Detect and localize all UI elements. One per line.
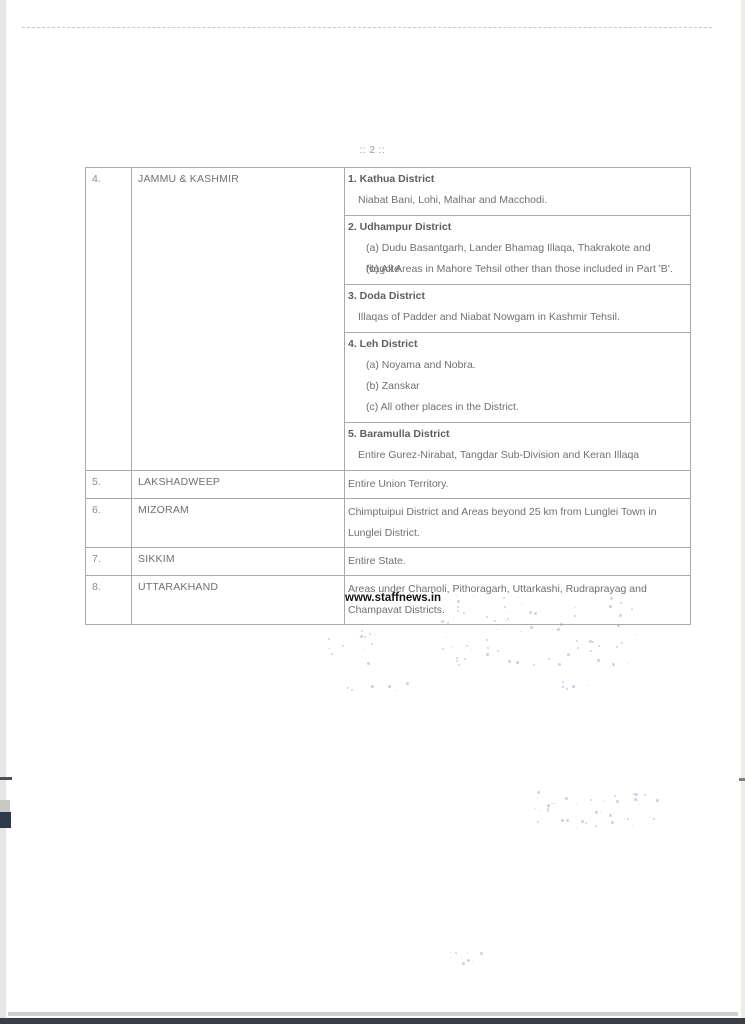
serial-number: 8.: [86, 576, 132, 625]
stamp-speck: [342, 645, 344, 647]
stamp-speck: [624, 818, 625, 819]
stamp-speck: [497, 650, 499, 652]
stamp-speck: [562, 681, 564, 683]
district-block: 5. Baramulla District Entire Gurez-Nirab…: [345, 422, 690, 470]
district-block: 1. Kathua District Niabat Bani, Lohi, Ma…: [345, 168, 690, 215]
serial-number: 4.: [86, 168, 132, 471]
stamp-speck: [617, 624, 620, 627]
district-block: 3. Doda District Illaqas of Padder and N…: [345, 284, 690, 332]
stamp-speck: [369, 633, 371, 635]
stamp-speck: [455, 952, 457, 954]
stamp-speck: [547, 810, 549, 812]
stamp-speck: [456, 657, 458, 659]
area-line: Illaqas of Padder and Niabat Nowgam in K…: [348, 307, 690, 328]
stamp-speck: [496, 629, 497, 630]
stamp-speck: [534, 612, 537, 615]
stamp-speck: [486, 639, 488, 641]
stamp-speck: [471, 649, 472, 650]
stamp-speck: [328, 648, 329, 649]
stamp-speck: [590, 799, 592, 801]
stamp-speck: [609, 814, 612, 817]
stamp-speck: [528, 630, 529, 631]
stamp-speck: [331, 653, 333, 655]
stamp-speck: [619, 614, 622, 617]
area-text: Chimptuipui District and Areas beyond 25…: [345, 499, 690, 547]
state-name: JAMMU & KASHMIR: [132, 168, 345, 471]
stamp-speck: [467, 953, 468, 954]
stamp-speck: [457, 610, 459, 612]
district-heading: 2. Udhampur District: [348, 218, 690, 238]
stamp-speck: [644, 794, 646, 796]
area-text: Entire Union Territory.: [345, 471, 690, 498]
areas-cell: 1. Kathua District Niabat Bani, Lohi, Ma…: [345, 168, 691, 471]
area-line: (c) All other places in the District.: [348, 397, 690, 418]
stamp-speck: [505, 620, 506, 621]
stamp-speck: [576, 827, 577, 828]
stamp-speck: [603, 800, 604, 801]
stamp-speck: [635, 793, 638, 796]
stamp-speck: [473, 595, 474, 596]
stamp-speck: [472, 961, 473, 962]
stamp-speck: [466, 645, 468, 647]
stamp-speck: [388, 685, 391, 688]
stamp-speck: [458, 664, 460, 666]
stamp-speck: [508, 660, 511, 663]
stamp-speck: [562, 686, 564, 688]
serial-number: 5.: [86, 471, 132, 499]
stamp-speck: [585, 822, 587, 824]
stamp-speck: [554, 803, 555, 804]
stamp-speck: [558, 663, 561, 666]
stamp-speck: [548, 658, 550, 660]
table-row: 4. JAMMU & KASHMIR 1. Kathua District Ni…: [86, 168, 691, 471]
stamp-speck: [537, 797, 538, 798]
stamp-speck: [577, 647, 579, 649]
stamp-speck: [632, 825, 633, 826]
stamp-speck: [628, 663, 629, 664]
stamp-speck: [446, 637, 447, 638]
stamp-speck: [457, 600, 460, 603]
stamp-speck: [561, 819, 564, 822]
stamp-speck: [595, 825, 597, 827]
areas-cell: Entire Union Territory.: [345, 471, 691, 499]
areas-cell: Entire State.: [345, 548, 691, 576]
stamp-speck: [371, 685, 374, 688]
scanner-bottom-band: [0, 1018, 745, 1024]
stamp-speck: [456, 660, 458, 662]
state-name: MIZORAM: [132, 499, 345, 548]
stamp-speck: [576, 803, 577, 804]
area-line: (a) Noyama and Nobra.: [348, 355, 690, 376]
stamp-speck: [552, 629, 553, 630]
stamp-speck: [627, 818, 629, 820]
stamp-speck: [572, 685, 575, 688]
stamp-speck: [486, 616, 488, 618]
stamp-speck: [351, 689, 353, 691]
stamp-speck: [520, 631, 521, 632]
stamp-speck: [396, 690, 397, 691]
stamp-speck: [611, 821, 614, 824]
stamp-speck: [537, 821, 539, 823]
stamp-speck: [557, 628, 560, 631]
stamp-speck: [367, 662, 370, 665]
stamp-speck: [509, 624, 510, 625]
scan-mark: [0, 777, 12, 780]
stamp-speck: [406, 682, 409, 685]
stamp-speck: [653, 818, 655, 820]
stamp-speck: [494, 620, 496, 622]
state-name: UTTARAKHAND: [132, 576, 345, 625]
area-line: Entire Gurez-Nirabat, Tangdar Sub-Divisi…: [348, 445, 690, 466]
district-heading: 3. Doda District: [348, 287, 690, 307]
stamp-speck: [361, 630, 363, 632]
stamp-speck: [598, 645, 600, 647]
stamp-speck: [566, 688, 568, 690]
scan-mark: [739, 778, 745, 781]
table-row: 6. MIZORAM Chimptuipui District and Area…: [86, 499, 691, 548]
area-line: Chimptuipui District and Areas beyond 25…: [348, 502, 690, 523]
stamp-speck: [552, 803, 553, 804]
area-line: Lunglei District.: [348, 523, 690, 544]
stamp-speck: [621, 642, 623, 644]
stamp-speck: [537, 791, 540, 794]
hard-area-table: 4. JAMMU & KASHMIR 1. Kathua District Ni…: [85, 167, 691, 625]
stamp-speck: [565, 797, 568, 800]
stamp-speck: [566, 819, 569, 822]
stamp-speck: [639, 804, 640, 805]
stamp-speck: [467, 959, 470, 962]
stamp-speck: [576, 640, 578, 642]
stamp-speck: [360, 635, 363, 638]
stamp-speck: [587, 685, 588, 686]
page-bottom-shadow: [8, 1012, 738, 1016]
stamp-speck: [650, 817, 651, 818]
serial-number: 7.: [86, 548, 132, 576]
stamp-speck: [328, 638, 330, 640]
stamp-speck: [363, 649, 364, 650]
stamp-speck: [609, 605, 612, 608]
stamp-speck: [581, 644, 582, 645]
area-line: (a) Dudu Basantgarh, Lander Bhamag Illaq…: [348, 238, 690, 259]
stamp-speck: [567, 653, 570, 656]
scan-mark: [0, 812, 11, 828]
area-line: Niabat Bani, Lohi, Malhar and Macchodi.: [348, 190, 690, 211]
areas-cell: Chimptuipui District and Areas beyond 25…: [345, 499, 691, 548]
stamp-speck: [635, 634, 636, 635]
stamp-speck: [656, 799, 659, 802]
area-line: (b) All Areas in Mahore Tehsil other tha…: [348, 259, 690, 280]
district-block: 2. Udhampur District (a) Dudu Basantgarh…: [345, 215, 690, 284]
stamp-speck: [530, 626, 533, 629]
stamp-speck: [595, 811, 598, 814]
stamp-speck: [612, 663, 615, 666]
stamp-speck: [371, 643, 373, 645]
area-text: Entire State.: [345, 548, 690, 575]
stamp-speck: [364, 636, 366, 638]
stamp-speck: [521, 603, 522, 604]
stamp-speck: [535, 808, 536, 809]
table-row: 7. SIKKIM Entire State.: [86, 548, 691, 576]
stamp-speck: [533, 664, 535, 666]
district-block: 4. Leh District (a) Noyama and Nobra. (b…: [345, 332, 690, 422]
stamp-speck: [597, 659, 600, 662]
stamp-speck: [614, 795, 616, 797]
district-heading: 5. Baramulla District: [348, 425, 690, 445]
stamp-speck: [592, 641, 594, 643]
stamp-speck: [462, 962, 465, 965]
stamp-speck: [616, 646, 618, 648]
stamp-speck: [442, 648, 444, 650]
stamp-speck: [450, 952, 451, 953]
stamp-speck: [451, 957, 452, 958]
stamp-speck: [516, 661, 519, 664]
district-heading: 1. Kathua District: [348, 170, 690, 190]
stamp-speck: [487, 647, 489, 649]
district-heading: 4. Leh District: [348, 335, 690, 355]
stamp-speck: [486, 653, 489, 656]
area-line: (b) Zanskar: [348, 376, 690, 397]
stamp-speck: [560, 623, 563, 626]
top-rule: [22, 27, 712, 28]
state-name: SIKKIM: [132, 548, 345, 576]
serial-number: 6.: [86, 499, 132, 548]
page-number: :: 2 ::: [0, 145, 745, 156]
stamp-speck: [503, 597, 505, 599]
stamp-speck: [590, 650, 592, 652]
stamp-speck: [452, 647, 453, 648]
stamp-speck: [347, 687, 349, 689]
stamp-speck: [539, 810, 540, 811]
stamp-speck: [480, 952, 483, 955]
table-row: 5. LAKSHADWEEP Entire Union Territory.: [86, 471, 691, 499]
stamp-speck: [581, 820, 584, 823]
stamp-speck: [375, 634, 376, 635]
stamp-speck: [616, 800, 619, 803]
stamp-speck: [464, 658, 466, 660]
stamp-speck: [600, 811, 601, 812]
state-name: LAKSHADWEEP: [132, 471, 345, 499]
watermark-url: www.staffnews.in: [345, 592, 441, 604]
